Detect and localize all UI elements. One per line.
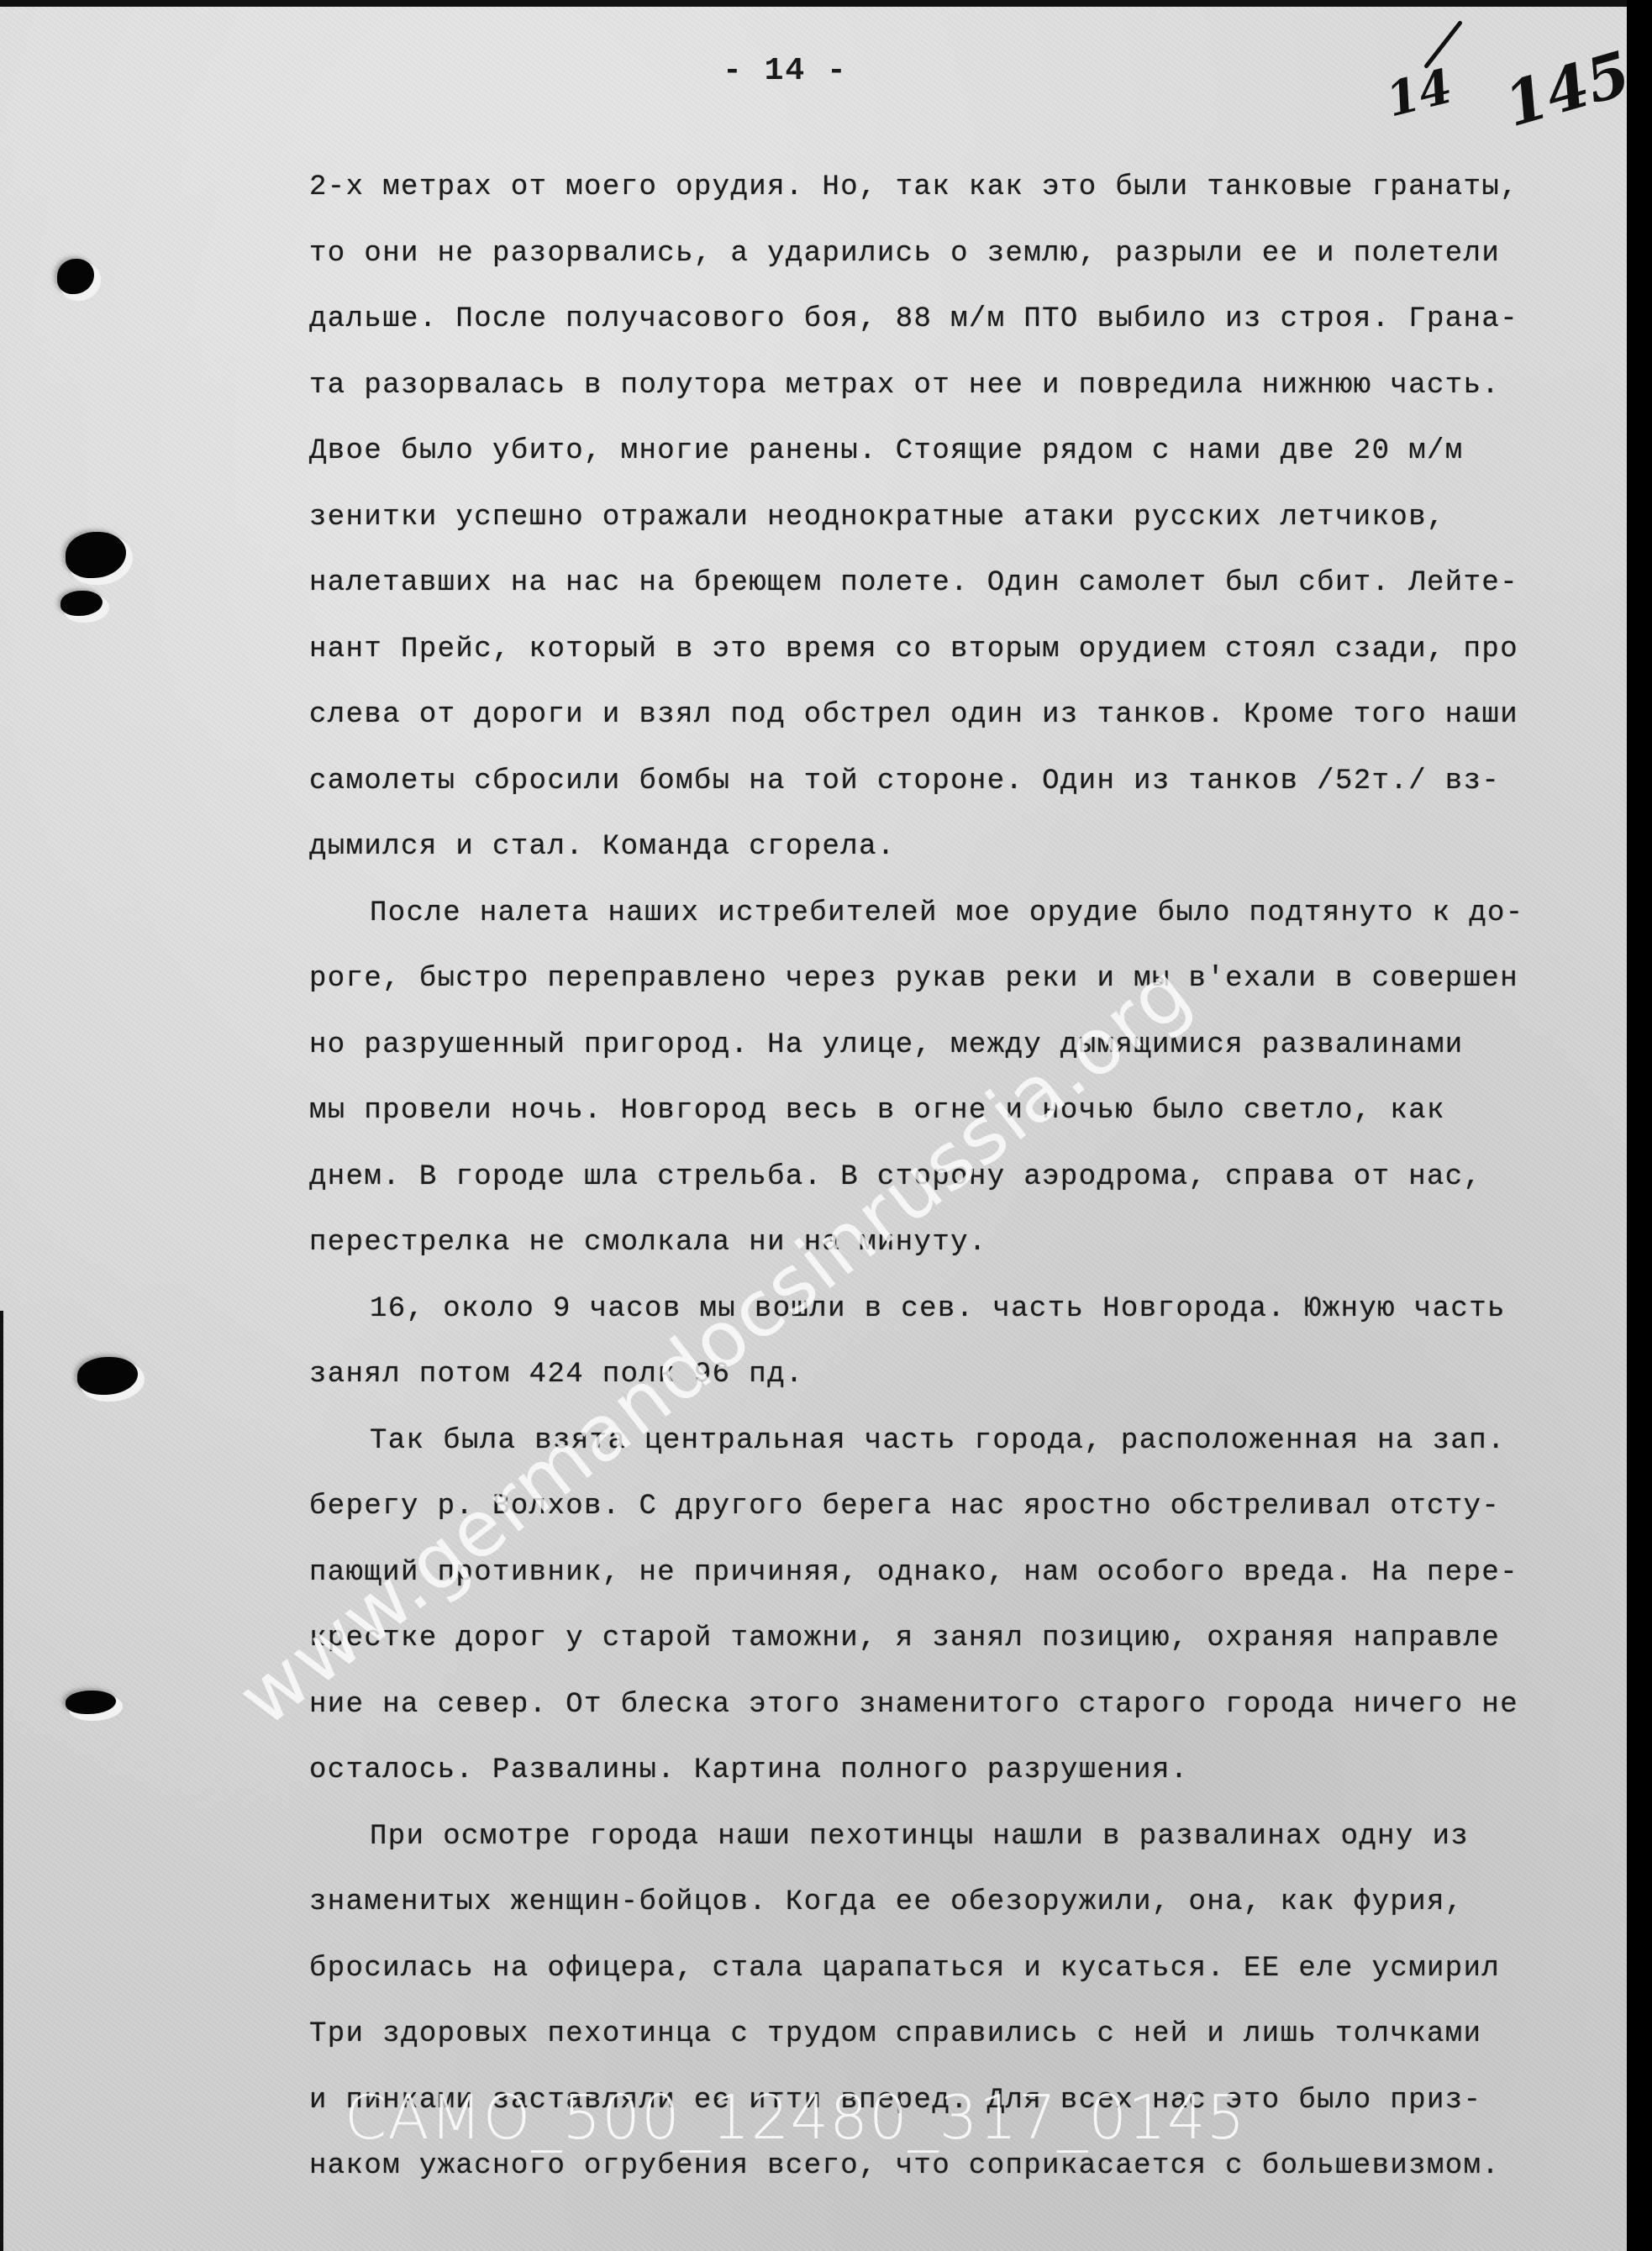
text-line: бросилась на офицера, стала царапаться и… [309,1936,1620,2002]
text-line: слева от дороги и взял под обстрел один … [309,682,1620,749]
text-line: дальше. После получасового боя, 88 м/м П… [309,287,1620,353]
text-line: Двое было убито, многие ранены. Стоящие … [309,418,1620,485]
text-line: После налета наших истребителей мое оруд… [309,881,1620,947]
handwritten-folio-new: 145 [1497,37,1627,140]
text-line: та разорвалась в полутора метрах от нее … [309,353,1620,419]
text-line: роге, быстро переправлено через рукав ре… [309,946,1620,1012]
text-line: нант Прейс, который в это время со вторы… [309,617,1620,683]
text-line: занял потом 424 полк 96 пд. [309,1342,1620,1408]
text-line: зенитки успешно отражали неоднократные а… [309,485,1620,551]
scan-left-edge [0,1311,3,2251]
scan-top-border [0,0,1652,7]
text-line: осталось. Развалины. Картина полного раз… [309,1738,1620,1804]
text-line: ние на север. От блеска этого знаменитог… [309,1672,1620,1738]
text-line: дымился и стал. Команда сгорела. [309,814,1620,881]
text-line: перестрелка не смолкала ни на минуту. [309,1210,1620,1276]
text-line: 2-х метрах от моего орудия. Но, так как … [309,155,1620,221]
text-line: берегу р. Волхов. С другого берега нас я… [309,1474,1620,1540]
text-line: налетавших на нас на бреющем полете. Оди… [309,550,1620,617]
text-line: днем. В городе шла стрельба. В сторону а… [309,1144,1620,1211]
text-line: самолеты сбросили бомбы на той стороне. … [309,749,1620,815]
text-line: 16, около 9 часов мы вошли в сев. часть … [309,1276,1620,1343]
text-line: пающий противник, не причиняя, однако, н… [309,1540,1620,1607]
document-page: - 14 - 14 145 2-х метрах от моего орудия… [0,7,1627,2251]
text-line: и пинками заставляли ее итти вперед. Для… [309,2068,1620,2134]
text-line: мы провели ночь. Новгород весь в огне и … [309,1078,1620,1144]
handwritten-folio-old: 14 [1381,59,1458,129]
text-line: то они не разорвались, а ударились о зем… [309,221,1620,287]
text-line: крестке дорог у старой таможни, я занял … [309,1606,1620,1672]
text-line: наком ужасного огрубения всего, что сопр… [309,2133,1620,2200]
typewritten-body: 2-х метрах от моего орудия. Но, так как … [309,155,1620,2200]
text-line: знаменитых женщин-бойцов. Когда ее обезо… [309,1870,1620,1936]
punch-hole [66,532,126,578]
punch-hole [66,1691,116,1714]
text-line: При осмотре города наши пехотинцы нашли … [309,1804,1620,1870]
page-number: - 14 - [723,53,848,89]
text-line: Так была взята центральная часть города,… [309,1408,1620,1475]
text-line: но разрушенный пригород. На улице, между… [309,1012,1620,1079]
punch-hole [57,259,94,294]
punch-hole [77,1357,138,1395]
scan-right-border [1627,0,1652,2251]
punch-hole [61,591,103,616]
text-line: Три здоровых пехотинца с трудом справили… [309,2001,1620,2068]
